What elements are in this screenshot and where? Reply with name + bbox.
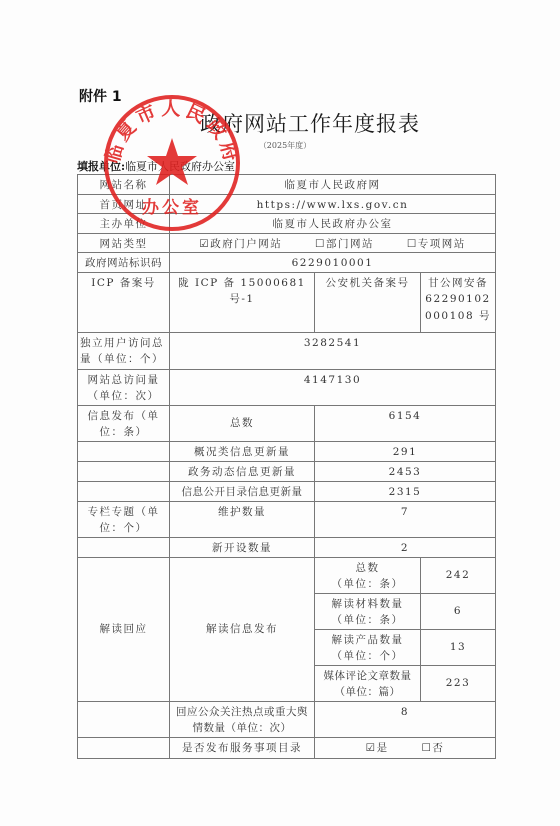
table-row: 概况类信息更新量 291 <box>78 441 496 461</box>
empty-cell <box>78 537 170 557</box>
service-catalog-options: ☑是 ☐否 <box>315 737 496 758</box>
interp-material-label: 解读材料数量（单位：条） <box>315 593 421 629</box>
site-code-value: 6229010001 <box>170 253 496 273</box>
filling-unit: 填报单位:临夏市人民政府办公室 <box>77 158 235 174</box>
filling-unit-value: 临夏市人民政府办公室 <box>125 160 235 173</box>
site-type-portal-checkbox[interactable]: ☑政府门户网站 <box>199 236 282 253</box>
empty-cell <box>78 701 170 737</box>
table-row: 信息发布（单位：条） 总数 6154 <box>78 405 496 441</box>
checked-box-icon: ☑ <box>199 238 210 250</box>
attachment-label: 附件 1 <box>79 86 122 106</box>
home-url-label: 首页网址 <box>78 194 170 214</box>
total-visits-label: 网站总访问量（单位：次） <box>78 369 170 405</box>
empty-cell <box>78 441 170 461</box>
overview-update-label: 概况类信息更新量 <box>170 441 315 461</box>
table-row: 网站总访问量（单位：次） 4147130 <box>78 369 496 405</box>
service-catalog-yes-checkbox[interactable]: ☑是 <box>366 740 389 757</box>
news-update-label: 政务动态信息更新量 <box>170 461 315 481</box>
interp-total-label: 总数（单位：条） <box>315 557 421 593</box>
table-row: 信息公开目录信息更新量 2315 <box>78 481 496 501</box>
table-row: 解读回应 解读信息发布 总数（单位：条） 242 <box>78 557 496 593</box>
filling-unit-label: 填报单位: <box>77 160 125 173</box>
empty-cell <box>78 737 170 758</box>
disclosure-update-value: 2315 <box>315 481 496 501</box>
overview-update-value: 291 <box>315 441 496 461</box>
unchecked-box-icon: ☐ <box>421 742 432 754</box>
unchecked-box-icon: ☐ <box>407 238 418 250</box>
site-name-value: 临夏市人民政府网 <box>170 175 496 195</box>
info-publish-label: 信息发布（单位：条） <box>78 405 170 441</box>
table-row: 专栏专题（单位：个） 维护数量 7 <box>78 501 496 537</box>
interp-media-value: 223 <box>421 665 496 701</box>
table-row: 网站类型 ☑政府门户网站 ☐部门网站 ☐专项网站 <box>78 233 496 253</box>
unique-visitors-label: 独立用户访问总量（单位：个） <box>78 332 170 369</box>
unchecked-box-icon: ☐ <box>315 238 326 250</box>
news-update-value: 2453 <box>315 461 496 481</box>
sponsor-label: 主办单位 <box>78 214 170 234</box>
icp-label: ICP 备案号 <box>78 272 170 332</box>
page-title: 政府网站工作年度报表 <box>0 108 560 138</box>
disclosure-update-label: 信息公开目录信息更新量 <box>170 481 315 501</box>
table-row: 主办单位 临夏市人民政府办公室 <box>78 214 496 234</box>
table-row: 首页网址 https://www.lxs.gov.cn <box>78 194 496 214</box>
table-row: 网站名称 临夏市人民政府网 <box>78 175 496 195</box>
columns-label: 专栏专题（单位：个） <box>78 501 170 537</box>
table-row: 政务动态信息更新量 2453 <box>78 461 496 481</box>
report-year: （2025年度） <box>0 140 560 151</box>
interp-product-label: 解读产品数量（单位：个） <box>315 629 421 665</box>
table-row: 政府网站标识码 6229010001 <box>78 253 496 273</box>
table-row: ICP 备案号 陇 ICP 备 15000681 号-1 公安机关备案号 甘公网… <box>78 272 496 332</box>
info-total-label: 总数 <box>170 405 315 441</box>
table-row: 新开设数量 2 <box>78 537 496 557</box>
interp-total-value: 242 <box>421 557 496 593</box>
empty-cell <box>78 461 170 481</box>
columns-maintain-value: 7 <box>315 501 496 537</box>
interpretation-label: 解读回应 <box>78 557 170 701</box>
site-type-special-checkbox[interactable]: ☐专项网站 <box>407 236 466 253</box>
site-code-label: 政府网站标识码 <box>78 253 170 273</box>
unique-visitors-value: 3282541 <box>170 332 496 369</box>
icp-value: 陇 ICP 备 15000681 号-1 <box>170 272 315 332</box>
columns-new-label: 新开设数量 <box>170 537 315 557</box>
table-row: 回应公众关注热点或重大舆情数量（单位：次） 8 <box>78 701 496 737</box>
interp-media-label: 媒体评论文章数量（单位：篇） <box>315 665 421 701</box>
interp-product-value: 13 <box>421 629 496 665</box>
sponsor-value: 临夏市人民政府办公室 <box>170 214 496 234</box>
site-type-department-checkbox[interactable]: ☐部门网站 <box>315 236 374 253</box>
home-url-value: https://www.lxs.gov.cn <box>170 194 496 214</box>
site-type-label: 网站类型 <box>78 233 170 253</box>
service-catalog-no-checkbox[interactable]: ☐否 <box>421 740 444 757</box>
columns-new-value: 2 <box>315 537 496 557</box>
report-table: 网站名称 临夏市人民政府网 首页网址 https://www.lxs.gov.c… <box>77 174 496 759</box>
columns-maintain-label: 维护数量 <box>170 501 315 537</box>
empty-cell <box>78 481 170 501</box>
table-row: 是否发布服务事项目录 ☑是 ☐否 <box>78 737 496 758</box>
info-total-value: 6154 <box>315 405 496 441</box>
table-row: 独立用户访问总量（单位：个） 3282541 <box>78 332 496 369</box>
site-name-label: 网站名称 <box>78 175 170 195</box>
hotspot-label: 回应公众关注热点或重大舆情数量（单位：次） <box>170 701 315 737</box>
checked-box-icon: ☑ <box>366 742 377 754</box>
police-record-label: 公安机关备案号 <box>315 272 421 332</box>
total-visits-value: 4147130 <box>170 369 496 405</box>
police-record-value: 甘公网安备 62290102000108 号 <box>421 272 496 332</box>
site-type-options: ☑政府门户网站 ☐部门网站 ☐专项网站 <box>170 233 496 253</box>
interpretation-sub-label: 解读信息发布 <box>170 557 315 701</box>
service-catalog-label: 是否发布服务事项目录 <box>170 737 315 758</box>
interp-material-value: 6 <box>421 593 496 629</box>
hotspot-value: 8 <box>315 701 496 737</box>
